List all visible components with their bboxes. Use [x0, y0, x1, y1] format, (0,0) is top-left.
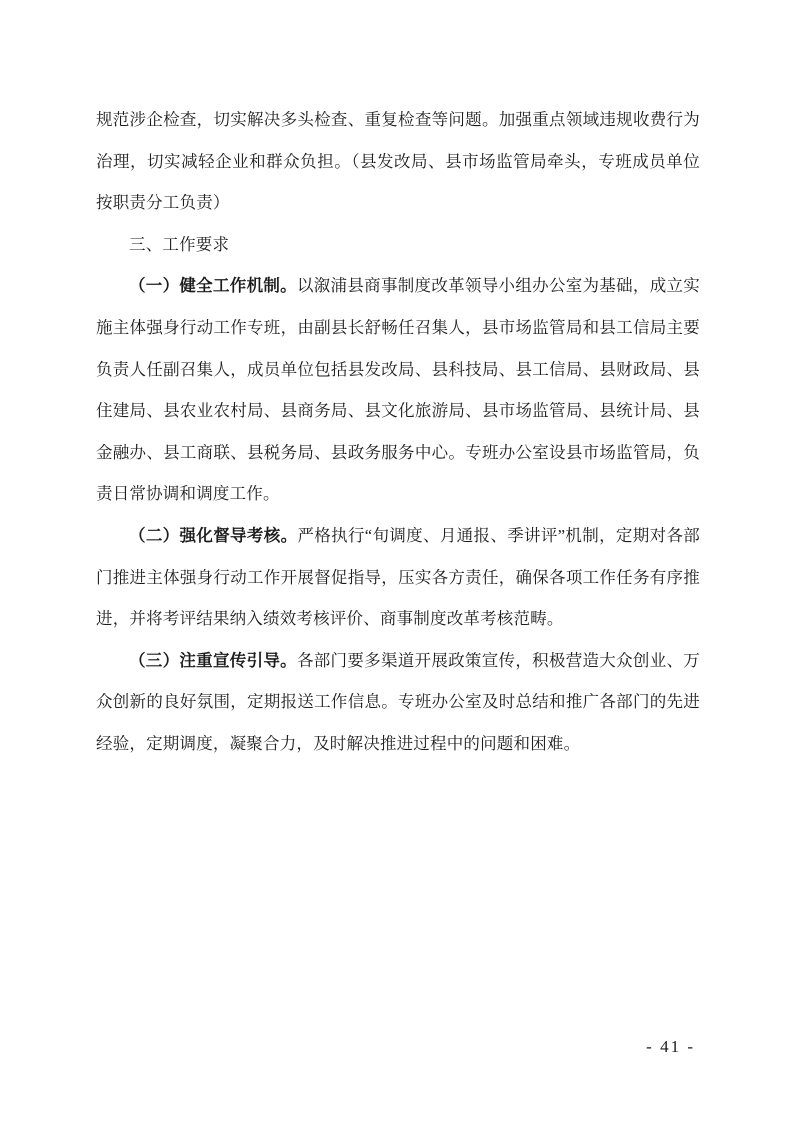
- document-body: 规范涉企检查，切实解决多头检查、重复检查等问题。加强重点领域违规收费行为治理，切…: [96, 99, 700, 765]
- document-page: 规范涉企检查，切实解决多头检查、重复检查等问题。加强重点领域违规收费行为治理，切…: [0, 0, 793, 1122]
- paragraph-item-2-lead: （二）强化督导考核。: [129, 526, 297, 545]
- section-heading: 三、工作要求: [96, 224, 700, 266]
- paragraph-item-1: （一）健全工作机制。以溆浦县商事制度改革领导小组办公室为基础，成立实施主体强身行…: [96, 265, 700, 515]
- page-number: - 41 -: [646, 1036, 695, 1058]
- paragraph-item-3-lead: （三）注重宣传引导。: [129, 651, 297, 670]
- paragraph-item-2: （二）强化督导考核。严格执行“旬调度、月通报、季讲评”机制，定期对各部门推进主体…: [96, 515, 700, 640]
- paragraph-item-1-body: 以溆浦县商事制度改革领导小组办公室为基础，成立实施主体强身行动工作专班，由副县长…: [96, 276, 700, 503]
- paragraph-continuation: 规范涉企检查，切实解决多头检查、重复检查等问题。加强重点领域违规收费行为治理，切…: [96, 99, 700, 224]
- paragraph-item-1-lead: （一）健全工作机制。: [129, 276, 297, 295]
- paragraph-item-3: （三）注重宣传引导。各部门要多渠道开展政策宣传，积极营造大众创业、万众创新的良好…: [96, 640, 700, 765]
